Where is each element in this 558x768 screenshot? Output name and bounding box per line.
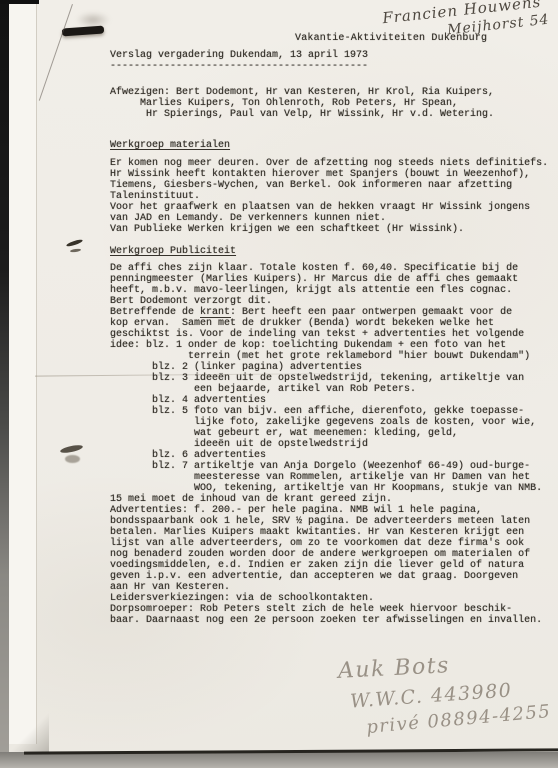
section-heading-materialen: Werkgroep materialen [110, 140, 230, 151]
page-edge-top [0, 0, 39, 4]
ink-smudge-icon [66, 238, 83, 247]
page-bottom-shadow [0, 752, 558, 768]
ink-smudge-icon [60, 444, 84, 455]
paper-edge-strip [9, 0, 37, 744]
page-corner-shadow [9, 700, 49, 755]
section-heading-publiciteit: Werkgroep Publiciteit [110, 246, 236, 257]
section-body-publiciteit: De affi ches zijn klaar. Totale kosten f… [110, 263, 542, 626]
section-body-materialen: Er komen nog meer deuren. Over de afzett… [110, 158, 548, 235]
handwriting-bottom-name: Auk Bots [337, 653, 450, 684]
ink-smudge-icon [70, 248, 81, 253]
meeting-title-dashes: ----------------------------------------… [110, 61, 368, 72]
meeting-title: Verslag vergadering Dukendam, 13 april 1… [110, 50, 368, 61]
scanned-meeting-minutes-page: Francien Houwens Meijhorst 54 Vakantie-A… [0, 0, 558, 768]
krant-word-underline [200, 317, 231, 318]
page-edge-left [0, 0, 9, 768]
ink-smudge-icon [65, 455, 80, 463]
fold-line [39, 4, 73, 101]
staple-mark [62, 26, 104, 37]
document-title: Vakantie-Aktiviteiten Dukenburg [295, 33, 487, 44]
absentees-list: Afwezigen: Bert Dodemont, Hr van Kestere… [110, 87, 494, 120]
